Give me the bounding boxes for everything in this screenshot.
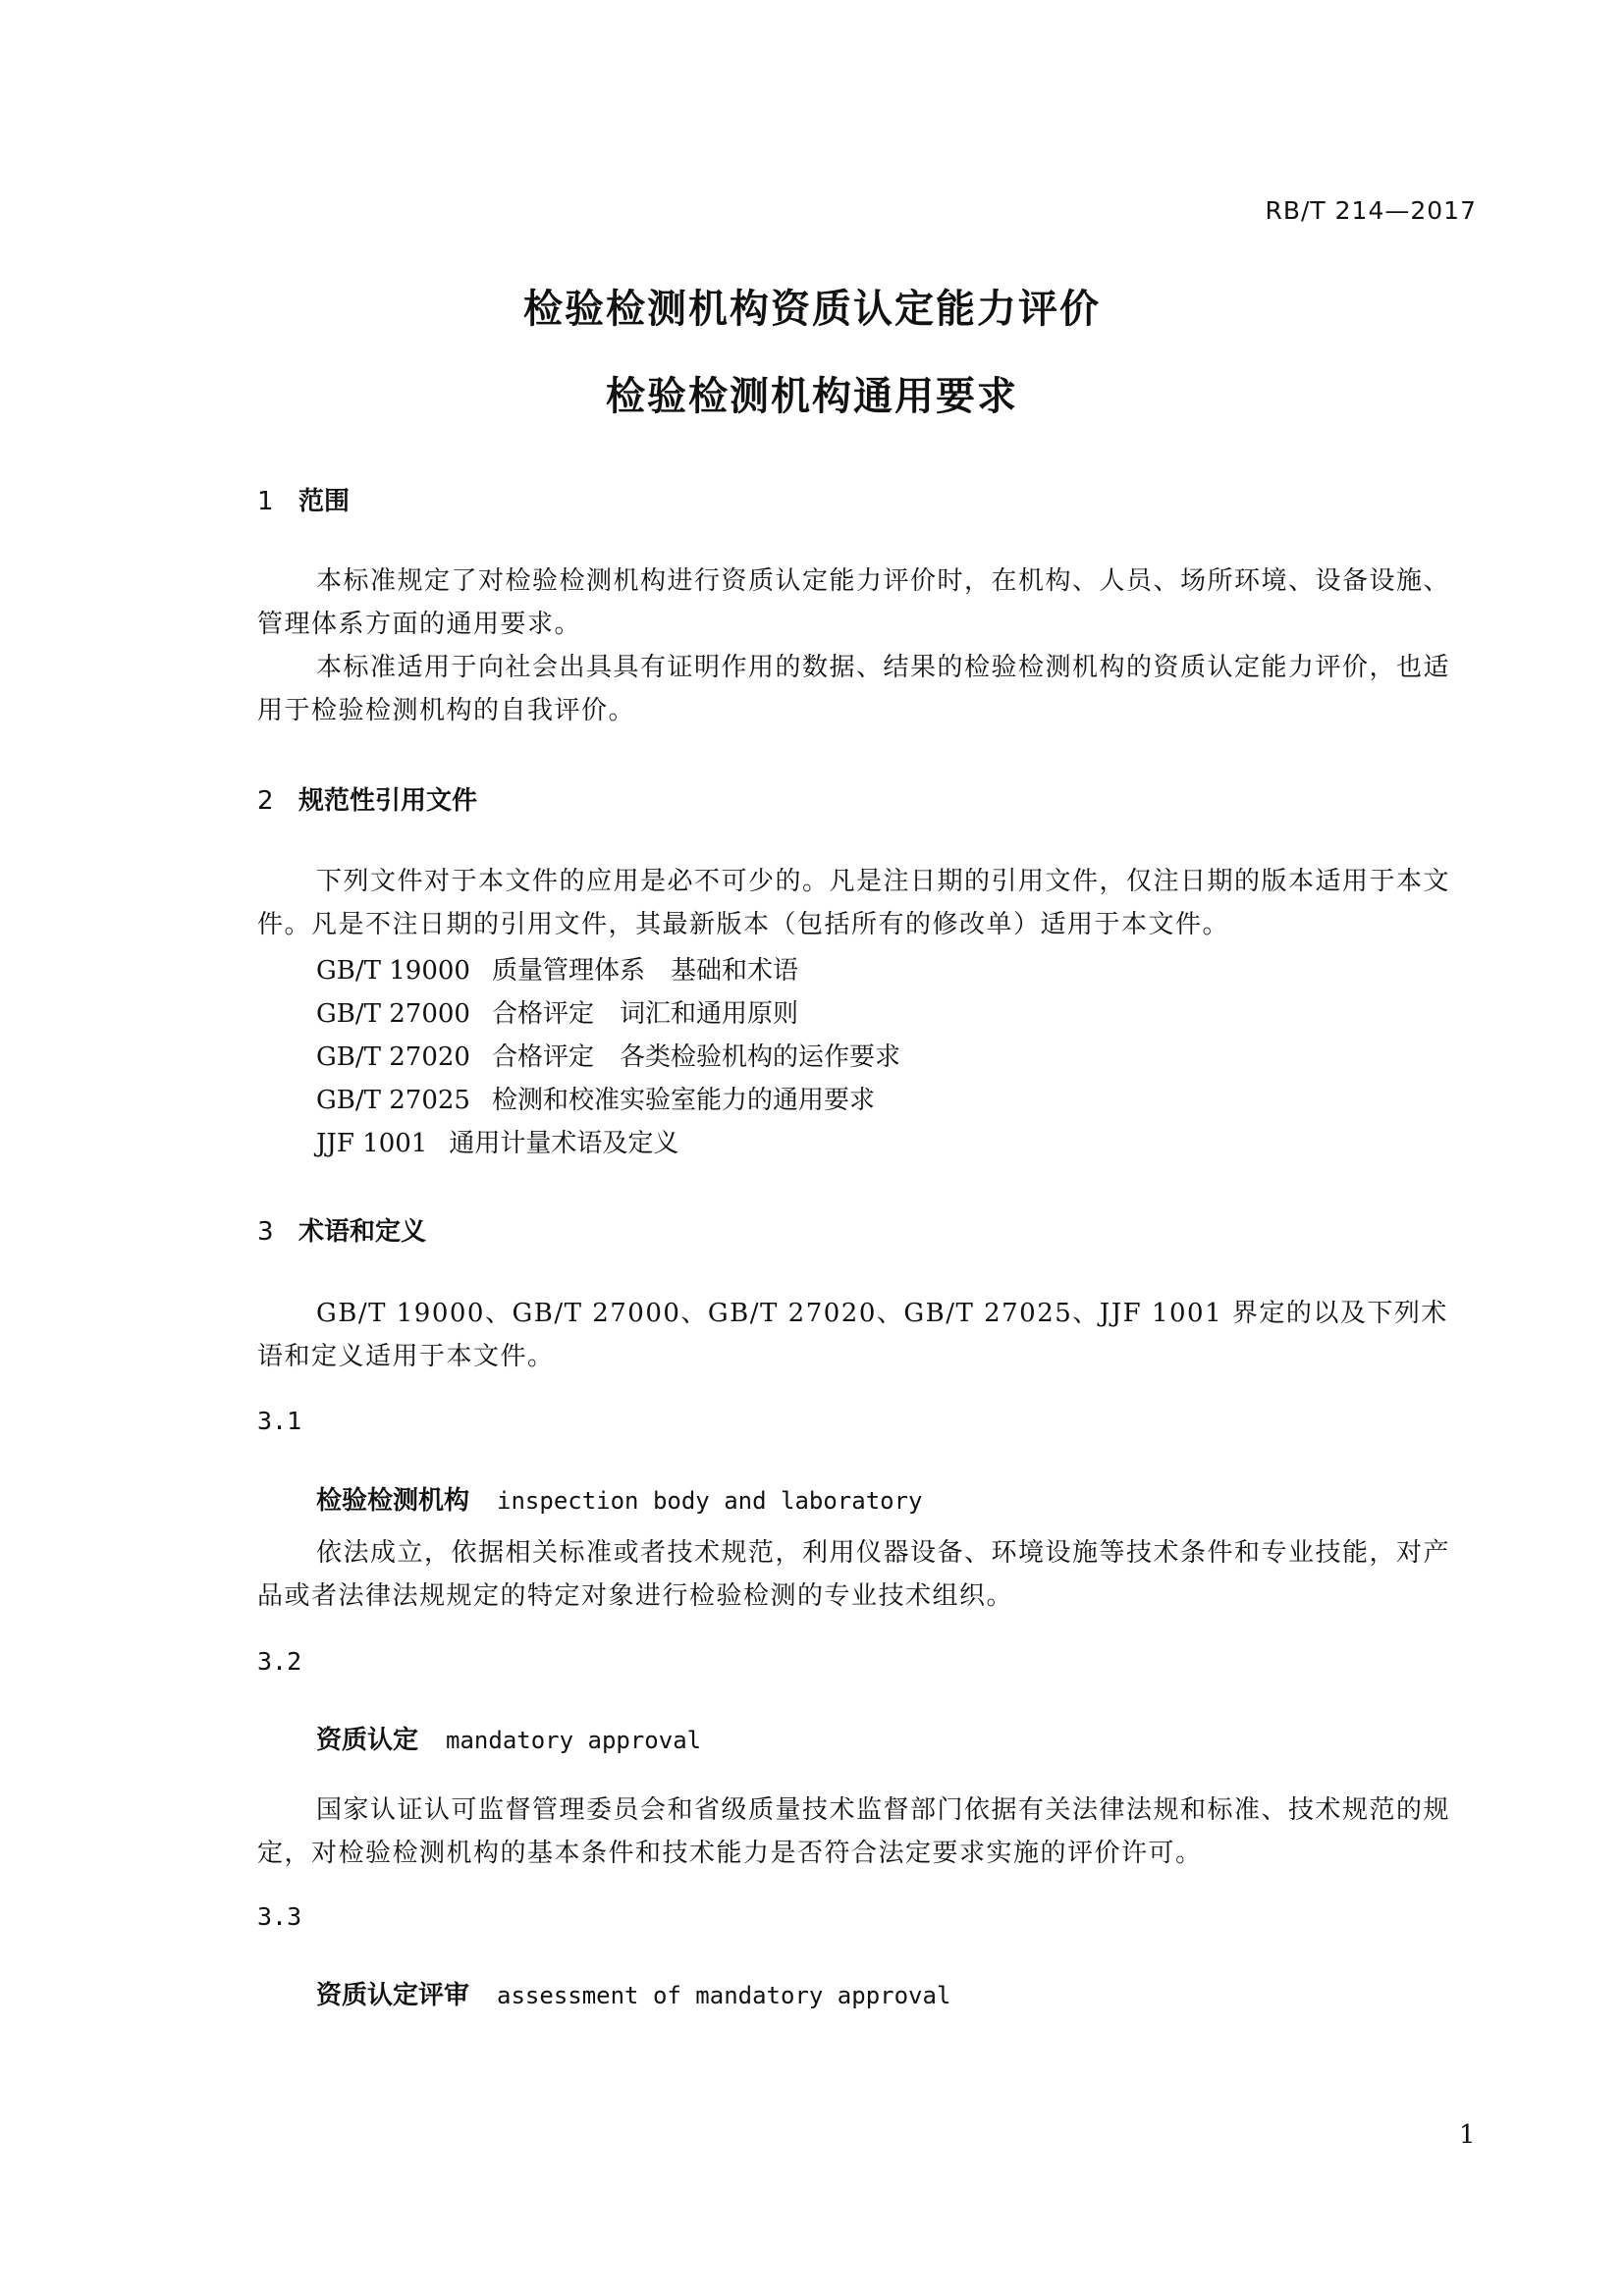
reference-code: GB/T 19000 xyxy=(316,956,470,986)
section-2-heading: 2规范性引用文件 xyxy=(257,780,477,817)
section-number: 1 xyxy=(257,487,298,516)
section-1-paragraph-2: 本标准适用于向社会出具具有证明作用的数据、结果的检验检测机构的资质认定能力评价，… xyxy=(257,646,1475,732)
reference-item: GB/T 27020合格评定 各类检验机构的运作要求 xyxy=(316,1037,900,1073)
page-number: 1 xyxy=(1459,2120,1476,2150)
section-title: 规范性引用文件 xyxy=(298,786,477,816)
term-heading: 检验检测机构inspection body and laboratory xyxy=(316,1480,923,1517)
term-number: 3.3 xyxy=(257,1902,301,1931)
term-english: assessment of mandatory approval xyxy=(497,1982,950,2009)
document-title-line2: 检验检测机构通用要求 xyxy=(0,365,1624,421)
reference-code: GB/T 27025 xyxy=(316,1086,470,1115)
reference-item: GB/T 19000质量管理体系 基础和术语 xyxy=(316,950,798,987)
reference-title: 合格评定 词汇和通用原则 xyxy=(492,999,798,1029)
section-number: 3 xyxy=(257,1217,298,1247)
section-title: 术语和定义 xyxy=(298,1217,426,1247)
reference-title: 质量管理体系 基础和术语 xyxy=(492,956,798,986)
reference-title: 通用计量术语及定义 xyxy=(449,1129,678,1158)
reference-item: GB/T 27025检测和校准实验室能力的通用要求 xyxy=(316,1080,875,1116)
reference-code: GB/T 27000 xyxy=(316,999,470,1029)
term-number: 3.1 xyxy=(257,1407,301,1435)
document-title-line1: 检验检测机构资质认定能力评价 xyxy=(0,278,1624,334)
reference-item: GB/T 27000合格评定 词汇和通用原则 xyxy=(316,993,798,1030)
term-number: 3.2 xyxy=(257,1647,301,1676)
term-chinese: 资质认定评审 xyxy=(316,1981,469,2010)
reference-code: JJF 1001 xyxy=(316,1129,427,1158)
section-1-heading: 1范围 xyxy=(257,481,350,517)
section-number: 2 xyxy=(257,786,298,816)
term-chinese: 检验检测机构 xyxy=(316,1486,469,1516)
section-2-paragraph-1: 下列文件对于本文件的应用是必不可少的。凡是注日期的引用文件，仅注日期的版本适用于… xyxy=(257,860,1475,946)
section-3-heading: 3术语和定义 xyxy=(257,1211,426,1248)
term-chinese: 资质认定 xyxy=(316,1726,418,1755)
reference-code: GB/T 27020 xyxy=(316,1042,470,1072)
section-3-paragraph-1: GB/T 19000、GB/T 27000、GB/T 27020、GB/T 27… xyxy=(257,1292,1475,1378)
term-heading: 资质认定mandatory approval xyxy=(316,1720,701,1756)
term-english: mandatory approval xyxy=(446,1727,701,1754)
standard-code: RB/T 214—2017 xyxy=(1265,196,1477,225)
term-english: inspection body and laboratory xyxy=(497,1487,922,1515)
reference-title: 合格评定 各类检验机构的运作要求 xyxy=(492,1042,900,1072)
reference-title: 检测和校准实验室能力的通用要求 xyxy=(492,1086,875,1115)
term-heading: 资质认定评审assessment of mandatory approval xyxy=(316,1975,950,2011)
term-definition: 国家认证认可监督管理委员会和省级质量技术监督部门依据有关法律法规和标准、技术规范… xyxy=(257,1789,1475,1875)
term-definition: 依法成立，依据相关标准或者技术规范，利用仪器设备、环境设施等技术条件和专业技能，… xyxy=(257,1531,1475,1618)
section-title: 范围 xyxy=(298,487,350,516)
section-1-paragraph-1: 本标准规定了对检验检测机构进行资质认定能力评价时，在机构、人员、场所环境、设备设… xyxy=(257,560,1475,646)
reference-item: JJF 1001通用计量术语及定义 xyxy=(316,1123,678,1159)
